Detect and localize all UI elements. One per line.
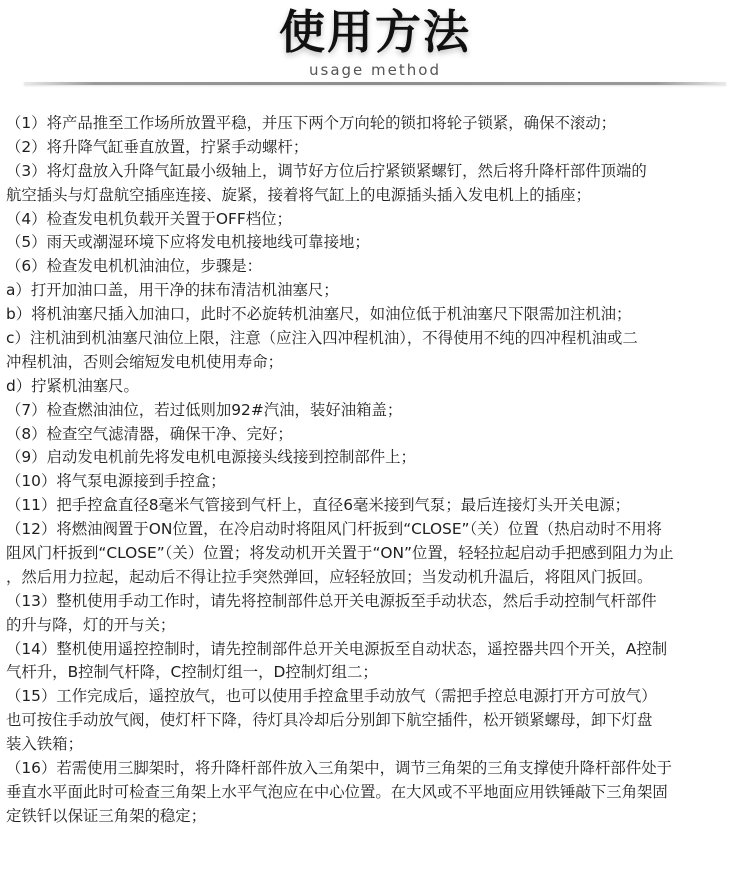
instruction-line: （10）将气泵电源接到手控盒； (6, 470, 746, 494)
instruction-line: （6）检查发电机机油油位，步骤是： (6, 255, 746, 279)
page-header: 使用方法 usage method (0, 0, 750, 90)
instruction-line: a）打开加油口盖，用干净的抹布清洁机油塞尺； (6, 279, 746, 303)
page-title: 使用方法 (0, 2, 750, 62)
instruction-line: （12）将燃油阀置于ON位置，在冷启动时将阻风门杆扳到“CLOSE”（关）位置（… (6, 518, 746, 542)
instruction-line: （9）启动发电机前先将发电机电源接头线接到控制部件上； (6, 446, 746, 470)
instruction-line: （3）将灯盘放入升降气缸最小级轴上，调节好方位后拧紧锁紧螺钉，然后将升降杆部件顶… (6, 160, 746, 184)
instruction-line: c）注机油到机油塞尺油位上限，注意（应注入四冲程机油），不得使用不纯的四冲程机油… (6, 327, 746, 351)
instruction-line: b）将机油塞尺插入加油口，此时不必旋转机油塞尺，如油位低于机油塞尺下限需加注机油… (6, 303, 746, 327)
instruction-line: （5）雨天或潮湿环境下应将发电机接地线可靠接地； (6, 231, 746, 255)
instruction-line: （4）检查发电机负载开关置于OFF档位； (6, 208, 746, 232)
instruction-line: （15）工作完成后，遥控放气，也可以使用手控盒里手动放气（需把手控总电源打开方可… (6, 685, 746, 709)
instruction-line: （13）整机使用手动工作时，请先将控制部件总开关电源扳至手动状态，然后手动控制气… (6, 590, 746, 614)
instruction-line: （2）将升降气缸垂直放置，拧紧手动螺杆； (6, 136, 746, 160)
instruction-line: （7）检查燃油油位，若过低则加92#汽油，装好油箱盖； (6, 399, 746, 423)
instruction-line: d）拧紧机油塞尺。 (6, 375, 746, 399)
instruction-line: （16）若需使用三脚架时，将升降杆部件放入三角架中，调节三角架的三角支撑使升降杆… (6, 757, 746, 781)
instruction-line: 装入铁箱； (6, 733, 746, 757)
header-divider (24, 82, 726, 85)
instructions-body: （1）将产品推至工作场所放置平稳，并压下两个万向轮的锁扣将轮子锁紧，确保不滚动；… (6, 112, 746, 829)
instruction-line: 的升与降，灯的开与关； (6, 614, 746, 638)
instruction-line: 航空插头与灯盘航空插座连接、旋紧，接着将气缸上的电源插头插入发电机上的插座； (6, 184, 746, 208)
instruction-line: 冲程机油，否则会缩短发电机使用寿命； (6, 351, 746, 375)
instruction-line: （8）检查空气滤清器，确保干净、完好； (6, 423, 746, 447)
instruction-line: 阻风门杆扳到“CLOSE”（关）位置；将发动机开关置于“ON”位置，轻轻拉起启动… (6, 542, 746, 566)
instruction-line: 气杆升，B控制气杆降，C控制灯组一，D控制灯组二； (6, 661, 746, 685)
instruction-line: （14）整机使用遥控控制时，请先控制部件总开关电源扳至自动状态，遥控器共四个开关… (6, 638, 746, 662)
page-subtitle: usage method (0, 60, 750, 80)
instruction-line: （11）把手控盒直径8毫米气管接到气杆上，直径6毫米接到气泵；最后连接灯头开关电… (6, 494, 746, 518)
instruction-line: ，然后用力拉起，起动后不得让拉手突然弹回，应轻轻放回；当发动机升温后，将阻风门扳… (6, 566, 746, 590)
instruction-line: （1）将产品推至工作场所放置平稳，并压下两个万向轮的锁扣将轮子锁紧，确保不滚动； (6, 112, 746, 136)
instruction-line: 也可按住手动放气阀，使灯杆下降，待灯具冷却后分别卸下航空插件，松开锁紧螺母，卸下… (6, 709, 746, 733)
instruction-line: 定铁钎以保证三角架的稳定； (6, 805, 746, 829)
instruction-line: 垂直水平面此时可检查三角架上水平气泡应在中心位置。在大风或不平地面应用铁锤敲下三… (6, 781, 746, 805)
